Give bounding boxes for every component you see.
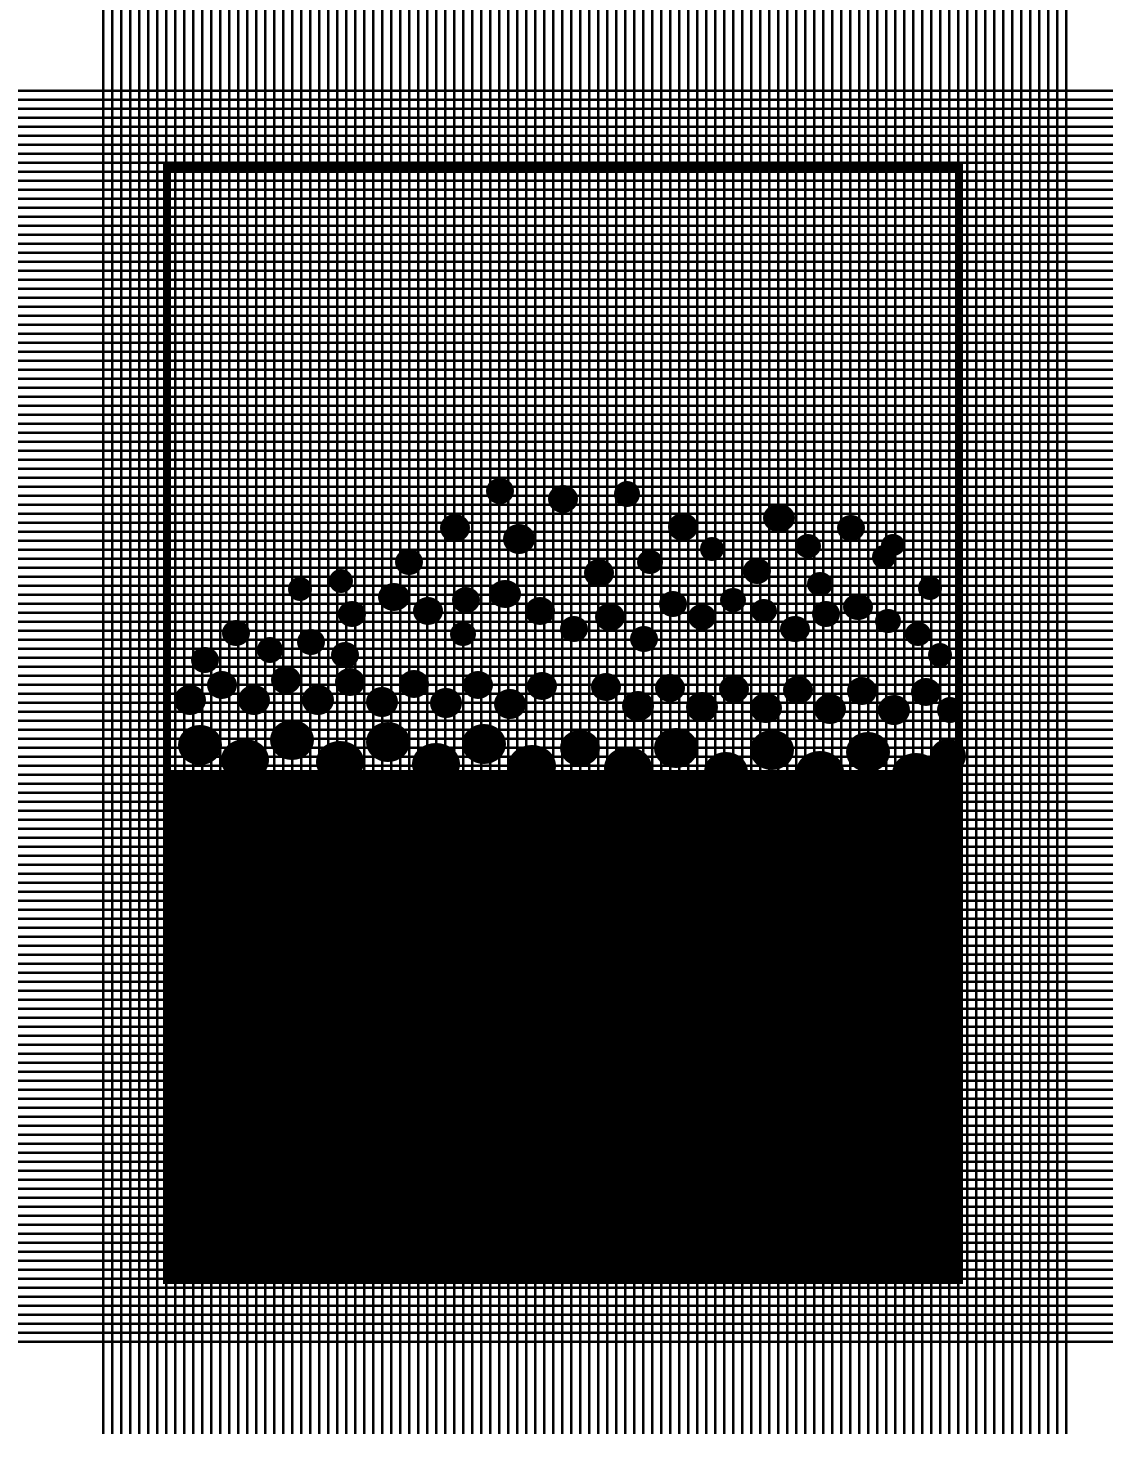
particle-blob: [686, 692, 718, 722]
particle-blob: [622, 691, 654, 721]
particle-blob: [399, 670, 429, 698]
particle-blob: [837, 515, 865, 541]
particle-blob: [503, 524, 535, 554]
particle-blob: [905, 622, 931, 646]
particle-blob: [878, 695, 910, 725]
particle-blob: [655, 674, 685, 702]
halftone-figure: [0, 0, 1136, 1459]
particle-blob: [338, 601, 366, 627]
particle-blob: [807, 572, 833, 596]
particle-blob: [780, 616, 810, 642]
particle-blob: [270, 720, 314, 760]
particle-blob: [750, 730, 794, 770]
particle-blob: [584, 559, 614, 587]
particle-blob: [654, 728, 698, 768]
particle-blob: [222, 620, 250, 646]
particle-blob: [486, 478, 514, 504]
particle-blob: [560, 730, 600, 766]
particle-blob: [329, 569, 353, 593]
particle-blob: [928, 643, 952, 667]
particle-blob: [812, 601, 840, 627]
particle-blob: [378, 583, 410, 611]
particle-blob: [937, 697, 963, 723]
particle-blob: [462, 724, 506, 764]
particle-blob: [452, 587, 480, 613]
particle-blob: [911, 678, 941, 706]
particle-blob: [659, 591, 687, 617]
particle-blob: [413, 597, 443, 625]
particle-blob: [527, 672, 557, 700]
particle-blob: [271, 666, 301, 694]
particle-blob: [630, 626, 658, 652]
sediment-mass: [165, 770, 959, 1283]
particle-blob: [595, 603, 625, 631]
particle-blob: [930, 739, 966, 773]
particle-blob: [331, 642, 359, 668]
particle-blob: [288, 577, 312, 601]
particle-blob: [366, 722, 410, 762]
particle-blob: [881, 534, 905, 556]
particle-blob: [335, 668, 365, 696]
particle-blob: [525, 597, 555, 625]
particle-blob: [238, 685, 270, 715]
particle-blob: [783, 676, 813, 704]
particle-blob: [668, 513, 698, 541]
particle-blob: [743, 558, 771, 584]
particle-blob: [174, 685, 206, 715]
particle-blob: [688, 604, 716, 630]
particle-blob: [700, 537, 724, 561]
particle-blob: [720, 588, 746, 612]
particle-blob: [751, 599, 777, 623]
particle-blob: [637, 550, 663, 574]
particle-blob: [191, 647, 219, 673]
particle-blob: [750, 693, 782, 723]
particle-blob: [395, 549, 423, 575]
particle-blob: [297, 629, 325, 655]
particle-blob: [560, 616, 588, 642]
particle-blob: [178, 725, 222, 765]
particle-blob: [814, 694, 846, 724]
particle-blob: [875, 609, 901, 633]
particle-blob: [489, 580, 521, 608]
particle-blob: [795, 534, 821, 558]
particle-blob: [494, 689, 526, 719]
particle-blob: [366, 687, 398, 717]
particle-blob: [257, 637, 283, 663]
particle-blob: [548, 485, 578, 513]
particle-blob: [463, 671, 493, 699]
particle-blob: [846, 732, 890, 772]
particle-blob: [843, 594, 873, 620]
particle-blob: [918, 576, 942, 600]
particle-blob: [440, 514, 470, 542]
particle-blob: [450, 622, 476, 646]
particle-blob: [719, 675, 749, 703]
particle-blob: [430, 688, 462, 718]
particle-blob: [614, 481, 640, 507]
particle-blob: [302, 685, 334, 715]
particle-blob: [763, 504, 795, 532]
particle-blob: [207, 671, 237, 699]
particle-blob: [591, 673, 621, 701]
particle-blob: [847, 677, 877, 705]
